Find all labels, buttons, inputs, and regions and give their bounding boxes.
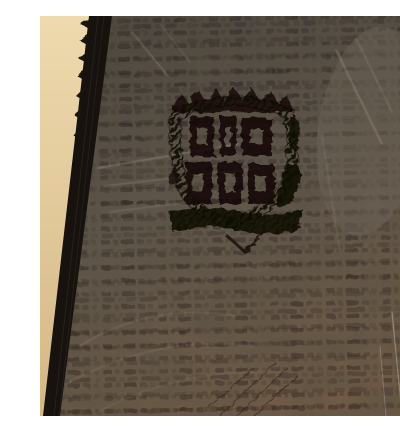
product-photo-shrinkwrapped-black-book [40, 16, 400, 416]
photo-canvas [40, 16, 400, 416]
